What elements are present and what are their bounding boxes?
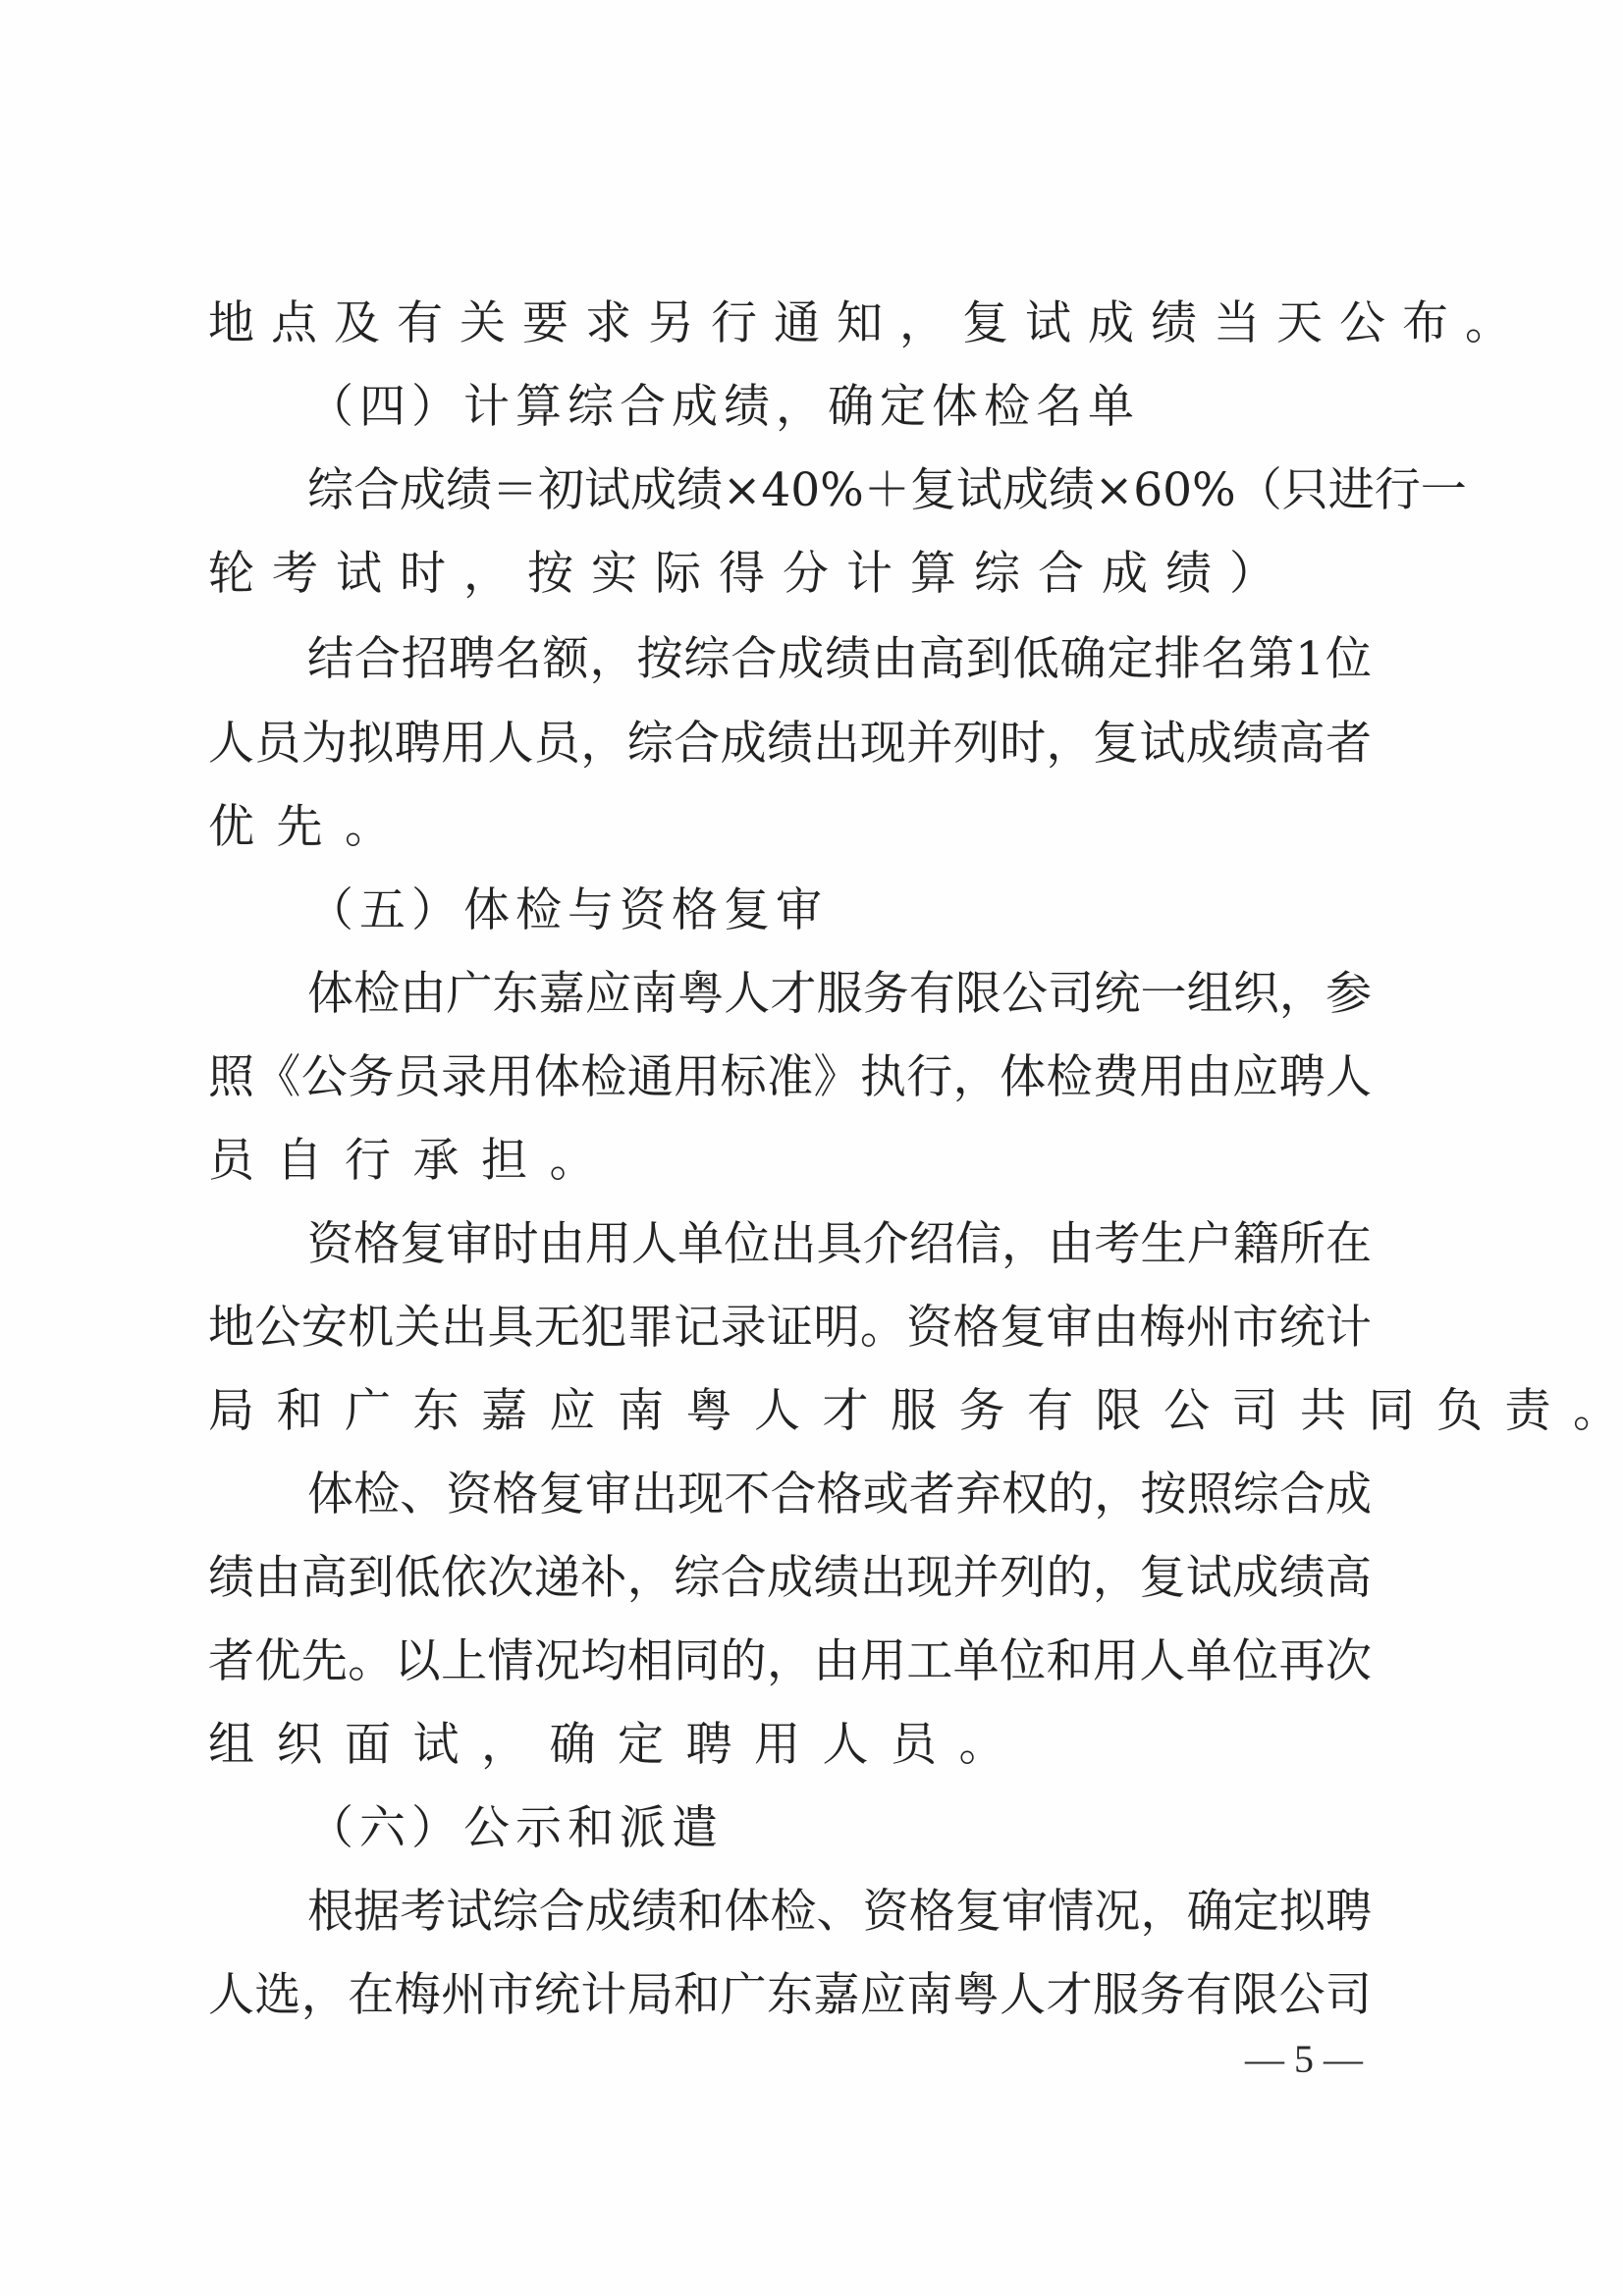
section-heading-5: （五）体检与资格复审 (307, 880, 828, 942)
paragraph-line: 人员为拟聘用人员，综合成绩出现并列时，复试成绩高者 (208, 713, 1372, 775)
paragraph-line: 结合招聘名额，按综合成绩由高到低确定排名第1位 (307, 628, 1372, 691)
paragraph-line: 优先。 (208, 796, 1372, 859)
section-heading-4: （四）计算综合成绩，确定体检名单 (307, 376, 1140, 439)
paragraph-line: 体检、资格复审出现不合格或者弃权的，按照综合成 (307, 1464, 1372, 1526)
paragraph-line: 地点及有关要求另行通知，复试成绩当天公布。 (208, 293, 1372, 355)
paragraph-line: 照《公务员录用体检通用标准》执行，体检费用由应聘人 (208, 1046, 1372, 1109)
paragraph-line: 轮考试时，按实际得分计算综合成绩） (208, 543, 1372, 606)
paragraph-line: 资格复审时由用人单位出具介绍信，由考生户籍所在 (307, 1213, 1372, 1276)
document-page: 地点及有关要求另行通知，复试成绩当天公布。 （四）计算综合成绩，确定体检名单 综… (0, 0, 1623, 2296)
paragraph-line: 局和广东嘉应南粤人才服务有限公司共同负责。 (208, 1380, 1372, 1443)
section-heading-6: （六）公示和派遣 (307, 1797, 724, 1860)
page-number: — 5 — (1245, 2032, 1363, 2087)
paragraph-line: 体检由广东嘉应南粤人才服务有限公司统一组织，参 (307, 963, 1372, 1026)
paragraph-line: 员自行承担。 (208, 1130, 1372, 1193)
paragraph-line: 组织面试，确定聘用人员。 (208, 1714, 1372, 1777)
paragraph-line: 绩由高到低依次递补，综合成绩出现并列的，复试成绩高 (208, 1547, 1372, 1610)
paragraph-line: 人选，在梅州市统计局和广东嘉应南粤人才服务有限公司 (208, 1964, 1372, 2027)
paragraph-line: 地公安机关出具无犯罪记录证明。资格复审由梅州市统计 (208, 1297, 1372, 1360)
paragraph-line: 根据考试综合成绩和体检、资格复审情况，确定拟聘 (307, 1881, 1372, 1944)
formula-line: 综合成绩＝初试成绩×40%＋复试成绩×60%（只进行一 (307, 459, 1372, 522)
paragraph-line: 者优先。以上情况均相同的，由用工单位和用人单位再次 (208, 1630, 1372, 1693)
